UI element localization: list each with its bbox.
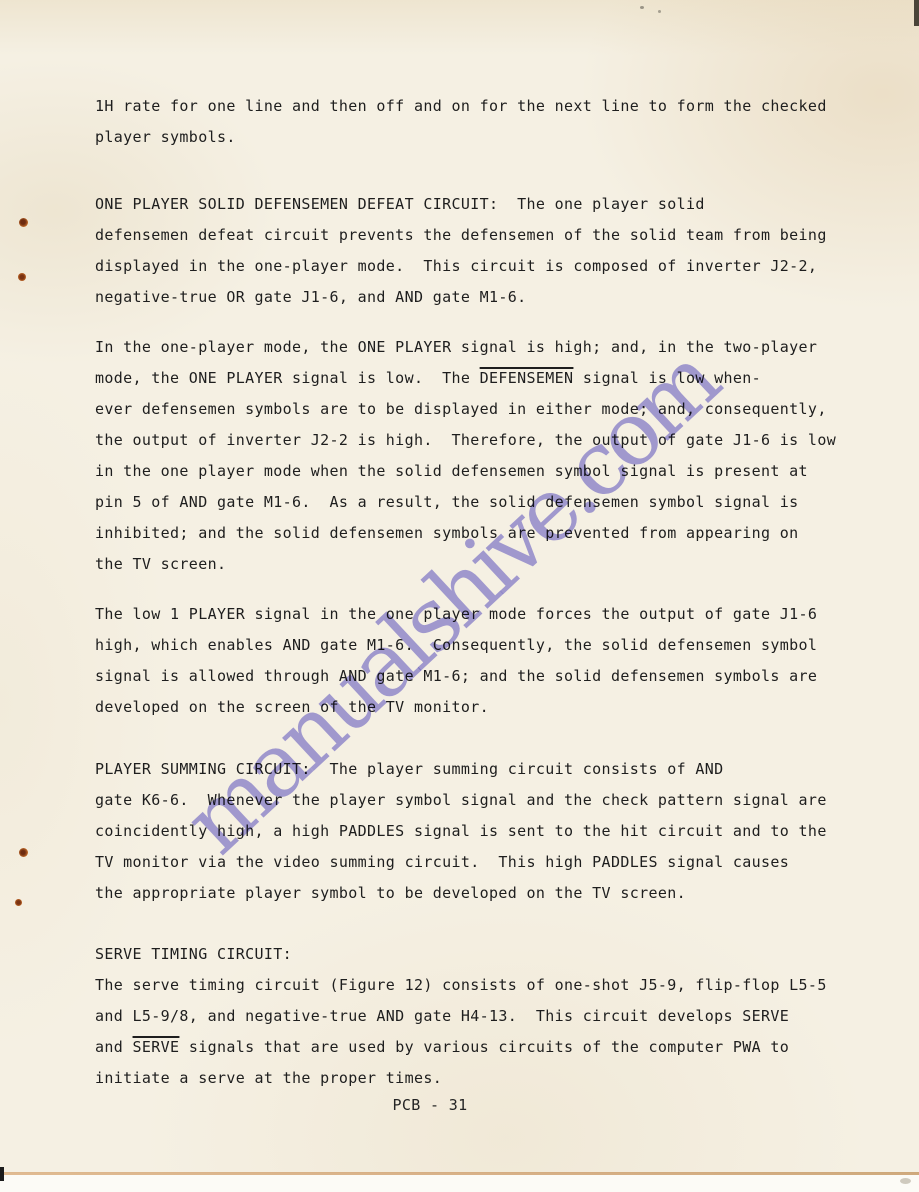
scan-speck xyxy=(640,6,644,9)
text-line: defensemen defeat circuit prevents the d… xyxy=(95,220,865,251)
text-line: signal is allowed through AND gate M1-6;… xyxy=(95,661,865,692)
paragraph-one-player-mode-signals: In the one-player mode, the ONE PLAYER s… xyxy=(95,332,865,580)
text-segment: coincidently high, a high PADDLES signal… xyxy=(95,822,827,840)
text-segment: the appropriate player symbol to be deve… xyxy=(95,884,686,902)
text-line: negative-true OR gate J1-6, and AND gate… xyxy=(95,282,865,313)
text-line: mode, the ONE PLAYER signal is low. The … xyxy=(95,363,865,394)
text-segment: player symbols. xyxy=(95,128,236,146)
text-line: The low 1 PLAYER signal in the one playe… xyxy=(95,599,865,630)
text-line: ever defensemen symbols are to be displa… xyxy=(95,394,865,425)
text-segment: ONE PLAYER SOLID DEFENSEMEN DEFEAT CIRCU… xyxy=(95,195,705,213)
paragraph-serve-timing-circuit: SERVE TIMING CIRCUIT:The serve timing ci… xyxy=(95,939,865,1094)
paragraph-checked-player-symbols: 1H rate for one line and then off and on… xyxy=(95,91,865,153)
text-segment: and xyxy=(95,1038,133,1056)
scan-speck xyxy=(658,10,661,13)
text-segment: displayed in the one-player mode. This c… xyxy=(95,257,817,275)
scan-speck xyxy=(900,1178,911,1184)
text-segment: TV monitor via the video summing circuit… xyxy=(95,853,789,871)
paper-sheet: 1H rate for one line and then off and on… xyxy=(0,0,919,1173)
text-line: high, which enables AND gate M1-6. Conse… xyxy=(95,630,865,661)
text-line: the TV screen. xyxy=(95,549,865,580)
text-segment: The serve timing circuit (Figure 12) con… xyxy=(95,976,827,994)
scan-edge-mark xyxy=(0,1167,4,1181)
text-segment: 1H rate for one line and then off and on… xyxy=(95,97,827,115)
text-segment: pin 5 of AND gate M1-6. As a result, the… xyxy=(95,493,799,511)
text-line: and SERVE signals that are used by vario… xyxy=(95,1032,865,1063)
text-segment: In the one-player mode, the ONE PLAYER s… xyxy=(95,338,817,356)
text-segment: inhibited; and the solid defensemen symb… xyxy=(95,524,799,542)
text-line: PLAYER SUMMING CIRCUIT: The player summi… xyxy=(95,754,865,785)
text-segment: high, which enables AND gate M1-6. Conse… xyxy=(95,636,817,654)
overlined-signal-name: DEFENSEMEN xyxy=(480,369,574,387)
text-line: displayed in the one-player mode. This c… xyxy=(95,251,865,282)
text-line: and L5-9/8, and negative-true AND gate H… xyxy=(95,1001,865,1032)
text-line: inhibited; and the solid defensemen symb… xyxy=(95,518,865,549)
text-line: The serve timing circuit (Figure 12) con… xyxy=(95,970,865,1001)
text-line: coincidently high, a high PADDLES signal… xyxy=(95,816,865,847)
text-segment: signals that are used by various circuit… xyxy=(179,1038,789,1056)
rust-stain-dot xyxy=(19,848,28,857)
text-segment: negative-true OR gate J1-6, and AND gate… xyxy=(95,288,527,306)
text-segment: the output of inverter J2-2 is high. The… xyxy=(95,431,836,449)
text-line: player symbols. xyxy=(95,122,865,153)
text-line: pin 5 of AND gate M1-6. As a result, the… xyxy=(95,487,865,518)
text-line: 1H rate for one line and then off and on… xyxy=(95,91,865,122)
text-line: the output of inverter J2-2 is high. The… xyxy=(95,425,865,456)
text-segment: gate K6-6. Whenever the player symbol si… xyxy=(95,791,827,809)
text-line: TV monitor via the video summing circuit… xyxy=(95,847,865,878)
text-segment: defensemen defeat circuit prevents the d… xyxy=(95,226,827,244)
text-segment: initiate a serve at the proper times. xyxy=(95,1069,442,1087)
rust-stain-dot xyxy=(18,273,26,281)
scan-corner-mark xyxy=(914,0,919,26)
overlined-signal-name: SERVE xyxy=(133,1038,180,1056)
paragraph-one-player-solid-defensemen-defeat-circuit: ONE PLAYER SOLID DEFENSEMEN DEFEAT CIRCU… xyxy=(95,189,865,313)
text-segment: The low 1 PLAYER signal in the one playe… xyxy=(95,605,817,623)
text-line: developed on the screen of the TV monito… xyxy=(95,692,865,723)
text-segment: signal is allowed through AND gate M1-6;… xyxy=(95,667,817,685)
paragraph-player-summing-circuit: PLAYER SUMMING CIRCUIT: The player summi… xyxy=(95,754,865,909)
text-segment: mode, the ONE PLAYER signal is low. The xyxy=(95,369,480,387)
rust-stain-dot xyxy=(15,899,22,906)
text-line: initiate a serve at the proper times. xyxy=(95,1063,865,1094)
text-line: in the one player mode when the solid de… xyxy=(95,456,865,487)
text-line: the appropriate player symbol to be deve… xyxy=(95,878,865,909)
rust-stain-dot xyxy=(19,218,28,227)
text-segment: in the one player mode when the solid de… xyxy=(95,462,808,480)
text-segment: the TV screen. xyxy=(95,555,226,573)
scanned-manual-page: { "page": { "footer": "PCB - 31", "water… xyxy=(0,0,919,1192)
text-segment: developed on the screen of the TV monito… xyxy=(95,698,489,716)
paragraph-low-1-player-signal: The low 1 PLAYER signal in the one playe… xyxy=(95,599,865,723)
text-line: gate K6-6. Whenever the player symbol si… xyxy=(95,785,865,816)
text-segment: signal is low when- xyxy=(573,369,761,387)
text-segment: and L5-9/8, and negative-true AND gate H… xyxy=(95,1007,789,1025)
text-line: ONE PLAYER SOLID DEFENSEMEN DEFEAT CIRCU… xyxy=(95,189,865,220)
text-segment: ever defensemen symbols are to be displa… xyxy=(95,400,827,418)
page-number: PCB - 31 xyxy=(392,1096,467,1114)
document-body: 1H rate for one line and then off and on… xyxy=(95,91,865,1094)
text-segment: PLAYER SUMMING CIRCUIT: The player summi… xyxy=(95,760,724,778)
text-line: SERVE TIMING CIRCUIT: xyxy=(95,939,865,970)
text-line: In the one-player mode, the ONE PLAYER s… xyxy=(95,332,865,363)
text-segment: SERVE TIMING CIRCUIT: xyxy=(95,945,292,963)
page-bottom-edge xyxy=(0,1172,919,1175)
